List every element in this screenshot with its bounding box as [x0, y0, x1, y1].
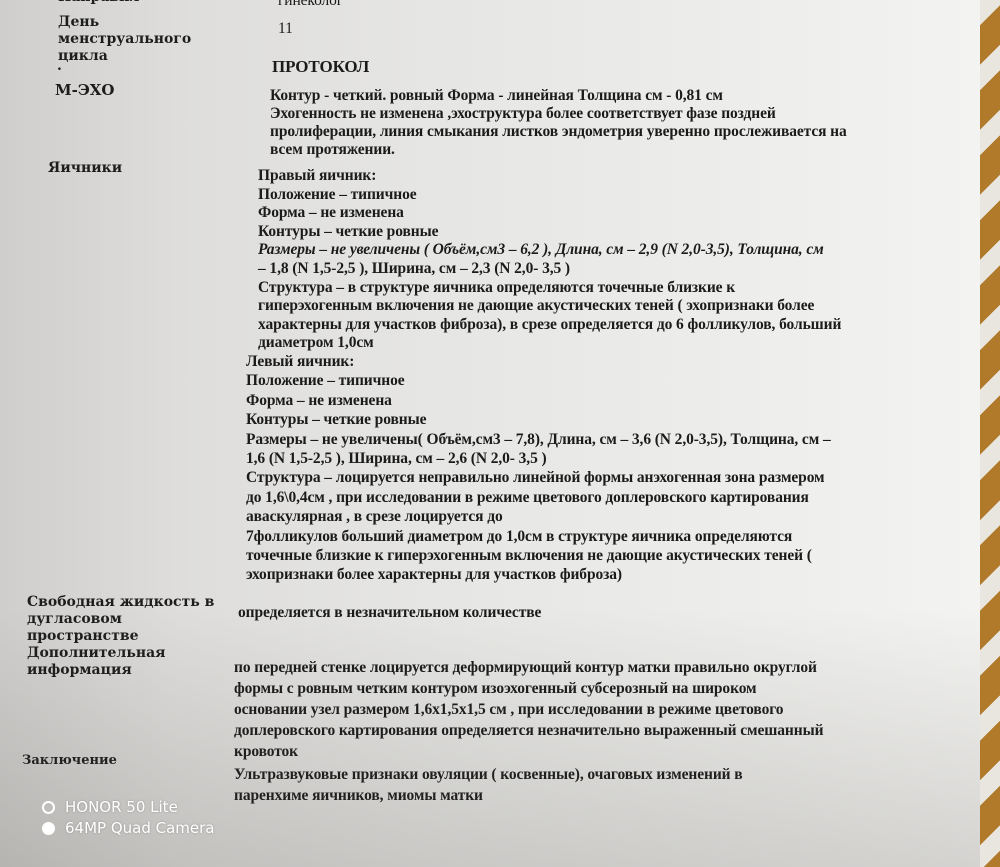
- left-ovary-sizes-line: 1,6 (N 1,5-2,5 ), Ширина, см – 2,6 (N 2,…: [246, 449, 936, 468]
- m-echo-text: Контур - четкий. ровный Форма - линейная…: [270, 87, 960, 159]
- right-ovary-sizes-line: – 1,8 (N 1,5-2,5 ), Ширина, см – 2,3 (N …: [258, 260, 948, 279]
- m-echo-label: М-ЭХО: [55, 82, 255, 99]
- conclusion-line: паренхиме яичников, миомы матки: [234, 785, 924, 806]
- left-ovary-contours: Контуры – четкие ровные: [246, 410, 936, 429]
- left-ovary-structure-line: эхопризнаки более характерны для участко…: [246, 565, 936, 584]
- referral-value: гинеколог: [278, 0, 968, 10]
- left-ovary-form: Форма – не изменена: [246, 391, 936, 410]
- right-ovary-structure-line: характерны для участков фиброза), в срез…: [258, 316, 948, 335]
- ovaries-label: Яичники: [48, 160, 248, 177]
- left-ovary-position: Положение – типичное: [246, 371, 936, 390]
- left-ovary-structure-line: аваскулярная , в срезе лоцируется до: [246, 507, 936, 526]
- conclusion-text: Ультразвуковые признаки овуляции ( косве…: [234, 764, 924, 806]
- additional-info-line: формы с ровным четким контуром изоэхоген…: [234, 678, 924, 699]
- dot-marker: .: [57, 58, 257, 75]
- additional-info-line: основании узел размером 1,6х1,5х1,5 см ,…: [234, 699, 924, 720]
- device-name: HONOR 50 Lite: [65, 797, 178, 818]
- left-ovary-structure-line: до 1,6\0,4см , при исследовании в режиме…: [246, 488, 936, 507]
- ring-dot-icon: [42, 801, 55, 814]
- additional-info-line: кровоток: [234, 741, 924, 762]
- m-echo-line: всем протяжении.: [270, 141, 960, 159]
- referral-label: Направил: [58, 0, 258, 6]
- m-echo-line: Контур - четкий. ровный Форма - линейная…: [270, 87, 960, 105]
- m-echo-line: пролиферации, линия смыкания листков энд…: [270, 123, 960, 141]
- left-ovary-block: Левый яичник: Положение – типичное Форма…: [246, 352, 936, 585]
- camera-spec: 64MP Quad Camera: [65, 818, 215, 839]
- right-ovary-structure-line: диаметром 1,0см: [258, 334, 948, 353]
- additional-info-text: по передней стенке лоцируется деформирую…: [234, 657, 924, 762]
- left-ovary-structure-line: точечные близкие к гиперэхогенным включе…: [246, 546, 936, 565]
- right-ovary-block: Правый яичник: Положение – типичное Форм…: [258, 167, 948, 353]
- m-echo-line: Эхогенность не изменена ,эхоструктура бо…: [270, 105, 960, 123]
- conclusion-line: Ультразвуковые признаки овуляции ( косве…: [234, 764, 924, 785]
- left-ovary-sizes-line: Размеры – не увеличены( Объём,см3 – 7,8)…: [246, 430, 936, 449]
- right-ovary-structure-line: Структура – в структуре яичника определя…: [258, 279, 948, 298]
- right-ovary-position: Положение – типичное: [258, 186, 948, 205]
- cycle-day-value: 11: [278, 20, 968, 38]
- right-ovary-structure-line: гиперэхогенным включения не дающие акуст…: [258, 297, 948, 316]
- additional-info-line: доплеровского картирования определяется …: [234, 720, 924, 741]
- right-ovary-sizes-line: Размеры – не увеличены ( Объём,см3 – 6,2…: [258, 241, 948, 260]
- right-ovary-heading: Правый яичник:: [258, 167, 948, 186]
- right-ovary-contours: Контуры – четкие ровные: [258, 223, 948, 242]
- protocol-title: ПРОТОКОЛ: [272, 58, 962, 76]
- protocol-document: Направил гинеколог День менструального ц…: [0, 0, 980, 867]
- free-fluid-value: определяется в незначительном количестве: [238, 604, 928, 622]
- left-ovary-structure-line: 7фолликулов больший диаметром до 1,0см в…: [246, 527, 936, 546]
- left-ovary-structure-line: Структура – лоцируется неправильно линей…: [246, 468, 936, 487]
- filled-dot-icon: [42, 822, 55, 835]
- free-fluid-label: Свободная жидкость в дугласовом простран…: [27, 594, 227, 645]
- camera-watermark: HONOR 50 Lite 64MP Quad Camera: [42, 797, 215, 839]
- additional-info-label: Дополнительная информация: [27, 645, 177, 679]
- additional-info-line: по передней стенке лоцируется деформирую…: [234, 657, 924, 678]
- right-ovary-form: Форма – не изменена: [258, 204, 948, 223]
- conclusion-label: Заключение: [22, 752, 222, 769]
- left-ovary-heading: Левый яичник:: [246, 352, 936, 371]
